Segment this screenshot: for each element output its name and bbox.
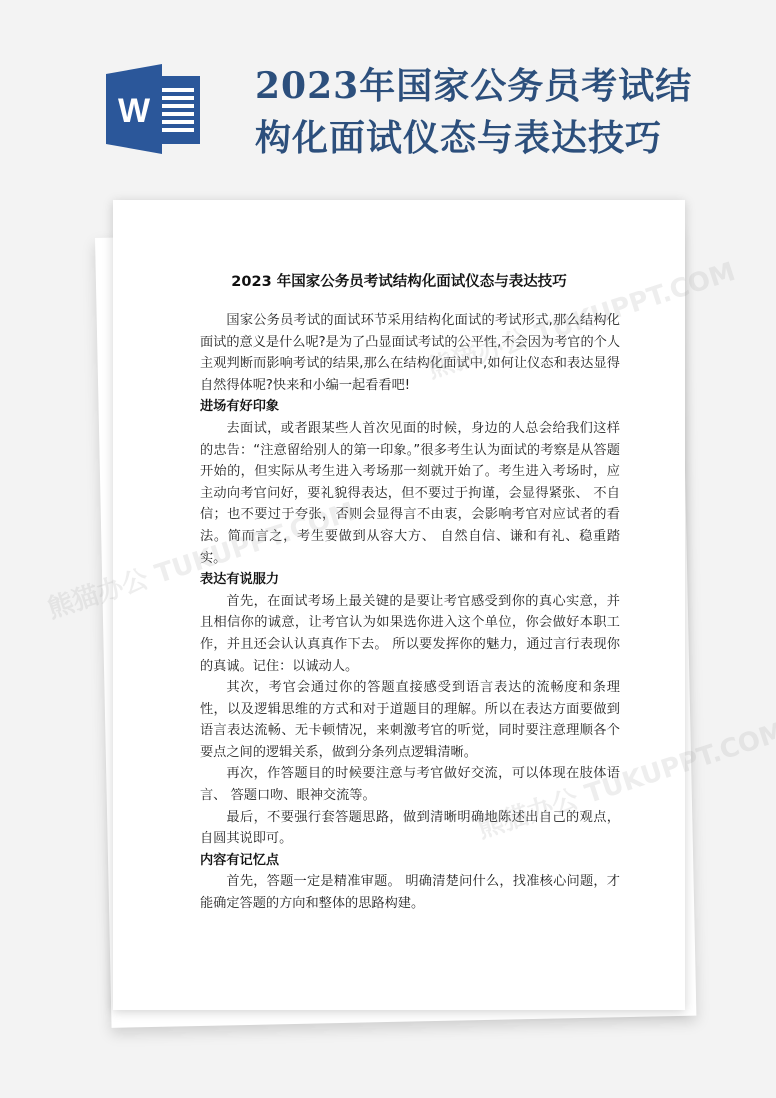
paragraph: 其次，考官会通过你的答题直接感受到语言表达的流畅度和条理性，以及逻辑思维的方式和… <box>200 677 620 763</box>
paragraph: 再次，作答题目的时候要注意与考官做好交流，可以体现在肢体语言、 答题口吻、眼神交… <box>200 763 620 806</box>
paragraph: 首先，答题一定是精准审题。 明确清楚问什么，找准核心问题，才能确定答题的方向和整… <box>200 871 620 914</box>
word-document-icon: W <box>104 62 204 156</box>
paragraph: 首先，在面试考场上最关键的是要让考官感受到你的真心实意，并且相信你的诚意，让考官… <box>200 591 620 677</box>
section-heading: 表达有说服力 <box>200 569 620 591</box>
section-heading: 内容有记忆点 <box>200 850 620 872</box>
document-page: 2023 年国家公务员考试结构化面试仪态与表达技巧 国家公务员考试的面试环节采用… <box>113 200 685 1010</box>
svg-text:W: W <box>118 92 151 130</box>
header-title-line-1: 2023年国家公务员考试结 <box>255 60 655 112</box>
paragraph: 国家公务员考试的面试环节采用结构化面试的考试形式,那么结构化面试的意义是什么呢?… <box>200 310 620 396</box>
document-title: 2023 年国家公务员考试结构化面试仪态与表达技巧 <box>113 270 685 291</box>
section-heading: 进场有好印象 <box>200 396 620 418</box>
page-header: W 2023年国家公务员考试结 构化面试仪态与表达技巧 <box>0 0 776 190</box>
header-title-line-2: 构化面试仪态与表达技巧 <box>255 112 655 164</box>
header-title: 2023年国家公务员考试结 构化面试仪态与表达技巧 <box>255 60 655 164</box>
paragraph: 最后，不要强行套答题思路，做到清晰明确地陈述出自己的观点，自圆其说即可。 <box>200 807 620 850</box>
document-body: 国家公务员考试的面试环节采用结构化面试的考试形式,那么结构化面试的意义是什么呢?… <box>200 310 620 915</box>
paragraph: 去面试，或者跟某些人首次见面的时候，身边的人总会给我们这样的忠告：“注意留给别人… <box>200 418 620 569</box>
